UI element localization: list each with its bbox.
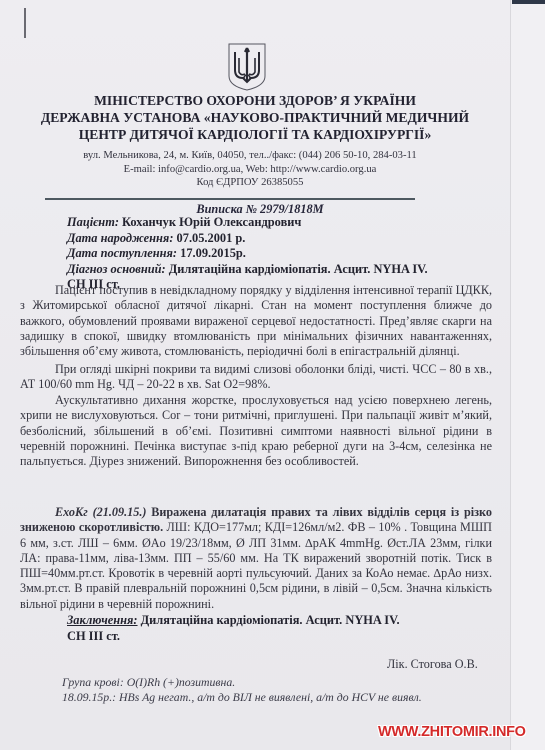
- auscultation-paragraph: Аускультативно дихання жорстке, прослухо…: [20, 393, 492, 469]
- margin-mark: [24, 8, 26, 38]
- patient-row: Пацієнт: Коханчук Юрій Олександрович: [67, 215, 487, 231]
- admission-paragraph: Пацієнт поступив в невідкладному порядку…: [20, 283, 492, 359]
- doctor-signature: Лік. Стогова О.В.: [387, 657, 478, 672]
- conclusion-row-2: СН ІІІ ст.: [67, 629, 400, 645]
- institution-line: ДЕРЖАВНА УСТАНОВА «НАУКОВО-ПРАКТИЧНИЙ МЕ…: [40, 109, 470, 126]
- diagnosis-row: Діагноз основний: Дилятаційна кардіоміоп…: [67, 262, 487, 278]
- email-web: E-mail: info@cardio.org.ua, Web: http://…: [50, 163, 450, 177]
- header-divider: [45, 198, 415, 200]
- conclusion-row: Заключення: Дилятаційна кардіоміопатія. …: [67, 613, 400, 629]
- diagnosis-label: Діагноз основний:: [67, 262, 166, 276]
- admission-value: 17.09.2015р.: [177, 246, 246, 260]
- test-results: 18.09.15р.: HBs Ag негат., а/т до ВІЛ не…: [62, 690, 422, 705]
- echo-label: ЕхоКг (21.09.15.): [55, 505, 146, 519]
- page-edge: [510, 0, 545, 750]
- conclusion-label: Заключення:: [67, 613, 138, 627]
- address: вул. Мельникова, 24, м. Київ, 04050, тел…: [50, 149, 450, 163]
- diagnosis-value: Дилятаційна кардіоміопатія. Асцит. NYHA …: [166, 262, 428, 276]
- dob-row: Дата народження: 07.05.2001 р.: [67, 231, 487, 247]
- dob-label: Дата народження:: [67, 231, 173, 245]
- background-corner: [512, 0, 545, 4]
- contact-block: вул. Мельникова, 24, м. Київ, 04050, тел…: [50, 149, 450, 190]
- institution-line-2: ЦЕНТР ДИТЯЧОЇ КАРДІОЛОГІЇ ТА КАРДІОХІРУР…: [40, 126, 470, 143]
- edrpou-code: Код ЄДРПОУ 26385055: [50, 176, 450, 190]
- echo-paragraph: ЕхоКг (21.09.15.) Виражена дилатація пра…: [20, 505, 492, 612]
- blood-group: Група крові: O(I)Rh (+)позитивна.: [62, 675, 422, 690]
- dob-value: 07.05.2001 р.: [173, 231, 245, 245]
- patient-name: Коханчук Юрій Олександрович: [119, 215, 301, 229]
- examination-paragraph: При огляді шкірні покриви та видимі слиз…: [20, 362, 492, 393]
- site-watermark: WWW.ZHITOMIR.INFO: [378, 724, 526, 740]
- footer-notes: Група крові: O(I)Rh (+)позитивна. 18.09.…: [62, 675, 422, 705]
- institution-header: МІНІСТЕРСТВО ОХОРОНИ ЗДОРОВ’ Я УКРАЇНИ Д…: [40, 92, 470, 143]
- coat-of-arms-icon: [227, 42, 267, 92]
- conclusion: Заключення: Дилятаційна кардіоміопатія. …: [67, 613, 400, 644]
- ministry-line: МІНІСТЕРСТВО ОХОРОНИ ЗДОРОВ’ Я УКРАЇНИ: [40, 92, 470, 109]
- patient-info: Пацієнт: Коханчук Юрій Олександрович Дат…: [67, 215, 487, 293]
- conclusion-value: Дилятаційна кардіоміопатія. Асцит. NYHA …: [138, 613, 400, 627]
- admission-label: Дата поступлення:: [67, 246, 177, 260]
- patient-label: Пацієнт:: [67, 215, 119, 229]
- admission-row: Дата поступлення: 17.09.2015р.: [67, 246, 487, 262]
